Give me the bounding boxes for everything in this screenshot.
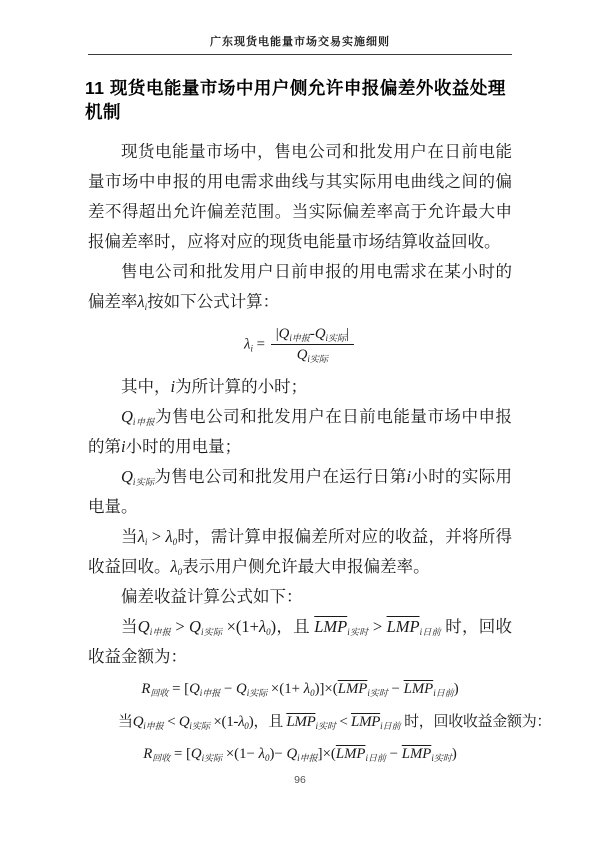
math-var: λ (138, 292, 145, 311)
math-var: Q (191, 746, 202, 762)
math-var-overline: LMP (402, 746, 432, 762)
math-var-overline: LMP (351, 714, 380, 730)
math-subscript: i日前 (380, 721, 401, 731)
fraction-denominator: Qi实际 (271, 345, 354, 364)
text-run: 为所计算的小时； (175, 377, 307, 396)
paragraph: 售电公司和批发用户日前申报的用电需求在某小时的偏差率λi按如下公式计算： (88, 257, 512, 317)
text-run: ×(1+ (267, 681, 303, 697)
text-run: 为售电公司和批发用户在运行日第 (154, 467, 406, 486)
text-run: ) (452, 746, 457, 762)
text-run: 按如下公式计算： (147, 292, 279, 311)
math-subscript: i日前 (433, 688, 454, 698)
text-run: > (369, 617, 387, 636)
text-run: = (253, 336, 269, 352)
math-subscript: i日前 (420, 627, 441, 637)
text-run: − (388, 681, 404, 697)
document-page: 广东现货电能量市场交易实施细则 11 现货电能量市场中用户侧允许申报偏差外收益处… (0, 0, 600, 848)
paragraph: 当Qi申报 > Qi实际 ×(1+λ0)，且 LMPi实时 > LMPi日前 时… (88, 612, 512, 672)
math-subscript: i申报 (200, 688, 221, 698)
math-var: Q (189, 681, 200, 697)
math-subscript: i申报 (289, 333, 310, 343)
math-var: λ (171, 557, 178, 576)
text-run: ]×( (318, 746, 336, 762)
text-run: 偏差收益计算公式如下： (121, 587, 303, 606)
text-run: ×(1+ (222, 617, 259, 636)
text-run: − (220, 681, 236, 697)
text-run: > (147, 527, 165, 546)
text-run: = [ (170, 746, 191, 762)
fraction: |Qi申报-Qi实际|Qi实际 (271, 325, 354, 365)
math-subscript: i实时 (431, 753, 452, 763)
math-subscript: i申报 (297, 753, 318, 763)
math-subscript: i申报 (143, 721, 164, 731)
math-var-overline: LMP (387, 617, 420, 636)
formula: R回收 = [Qi实际 ×(1− λ0)− Qi申报]×(LMPi日前 − LM… (88, 745, 512, 765)
text-run: < (336, 714, 351, 730)
math-subscript: i实际 (247, 688, 268, 698)
text-run: | (346, 326, 349, 342)
formula: λi = |Qi申报-Qi实际|Qi实际 (88, 325, 512, 365)
math-subscript: i日前 (365, 753, 386, 763)
math-var: Q (138, 617, 150, 636)
math-subscript: i实际 (201, 627, 222, 637)
math-var: Q (286, 746, 297, 762)
math-subscript: 回收 (150, 688, 168, 698)
math-var: λ (138, 527, 145, 546)
text-run: ) (454, 681, 459, 697)
page-header: 广东现货电能量市场交易实施细则 (88, 0, 512, 55)
text-run: )，且 (249, 714, 287, 730)
text-run: − (386, 746, 402, 762)
math-var: Q (121, 467, 133, 486)
math-subscript: i实际 (133, 477, 154, 487)
math-var: Q (297, 347, 308, 363)
text-run: ×(1− (222, 746, 258, 762)
math-var-overline: LMP (336, 746, 366, 762)
running-header: 广东现货电能量市场交易实施细则 (88, 33, 512, 49)
math-subscript: i实际 (326, 333, 347, 343)
text-run: 现货电能量市场中，售电公司和批发用户在日前电能量市场中申报的用电需求曲线与其实际… (88, 142, 512, 251)
math-var: λ (165, 527, 172, 546)
formula: R回收 = [Qi申报 − Qi实际 ×(1+ λ0)]×(LMPi实时 − L… (88, 680, 512, 700)
math-subscript: i实际 (307, 354, 328, 364)
section-title: 11 现货电能量市场中用户侧允许申报偏差外收益处理机制 (85, 76, 515, 124)
math-var: Q (133, 714, 144, 730)
math-var-overline: LMP (314, 617, 347, 636)
document-body: 现货电能量市场中，售电公司和批发用户在日前电能量市场中申报的用电需求曲线与其实际… (88, 137, 512, 765)
text-run: )]×( (315, 681, 338, 697)
paragraph: 偏差收益计算公式如下： (88, 582, 512, 612)
math-var-overline: LMP (404, 681, 434, 697)
math-subscript: i实时 (315, 721, 336, 731)
text-run: 表示用户侧允许最大申报偏差率。 (182, 557, 430, 576)
text-run: 当 (121, 527, 138, 546)
math-var-overline: LMP (286, 714, 315, 730)
text-run: 当 (121, 617, 138, 636)
text-run: 当 (118, 714, 133, 730)
text-run: = [ (168, 681, 189, 697)
paragraph: Qi申报为售电公司和批发用户在日前电能量市场中申报的第i小时的用电量； (88, 402, 512, 462)
math-subscript: i申报 (133, 417, 155, 427)
math-var-overline: LMP (338, 681, 368, 697)
text-run: )，且 (271, 617, 315, 636)
math-subscript: i实时 (367, 688, 388, 698)
paragraph: 当λi > λ0时，需计算申报偏差所对应的收益，并将所得收益回收。λ0表示用户侧… (88, 522, 512, 582)
text-run: 其中， (121, 377, 171, 396)
text-run: ×(1- (210, 714, 238, 730)
math-var: Q (279, 326, 290, 342)
text-run: 时，回收收益金额为： (401, 714, 551, 730)
math-var: R (143, 746, 152, 762)
text-run: 小时的用电量； (126, 437, 242, 456)
math-subscript: i实时 (347, 627, 368, 637)
text-run: )− (269, 746, 286, 762)
math-var: Q (189, 617, 201, 636)
math-subscript: 回收 (152, 753, 170, 763)
math-subscript: i申报 (150, 627, 171, 637)
paragraph: 当Qi申报 < Qi实际 ×(1-λ0)，且 LMPi实时 < LMPi日前 时… (88, 707, 512, 737)
page-number: 96 (0, 774, 600, 786)
text-run: < (164, 714, 179, 730)
math-var: Q (236, 681, 247, 697)
math-var: Q (179, 714, 190, 730)
text-run: > (171, 617, 189, 636)
paragraph: Qi实际为售电公司和批发用户在运行日第i小时的实际用电量。 (88, 462, 512, 522)
fraction-numerator: |Qi申报-Qi实际| (271, 325, 354, 345)
math-subscript: i实际 (202, 753, 223, 763)
math-var: Q (121, 407, 133, 426)
paragraph: 现货电能量市场中，售电公司和批发用户在日前电能量市场中申报的用电需求曲线与其实际… (88, 137, 512, 257)
math-subscript: i实际 (189, 721, 210, 731)
paragraph: 其中，i为所计算的小时； (88, 372, 512, 402)
math-var: Q (315, 326, 326, 342)
